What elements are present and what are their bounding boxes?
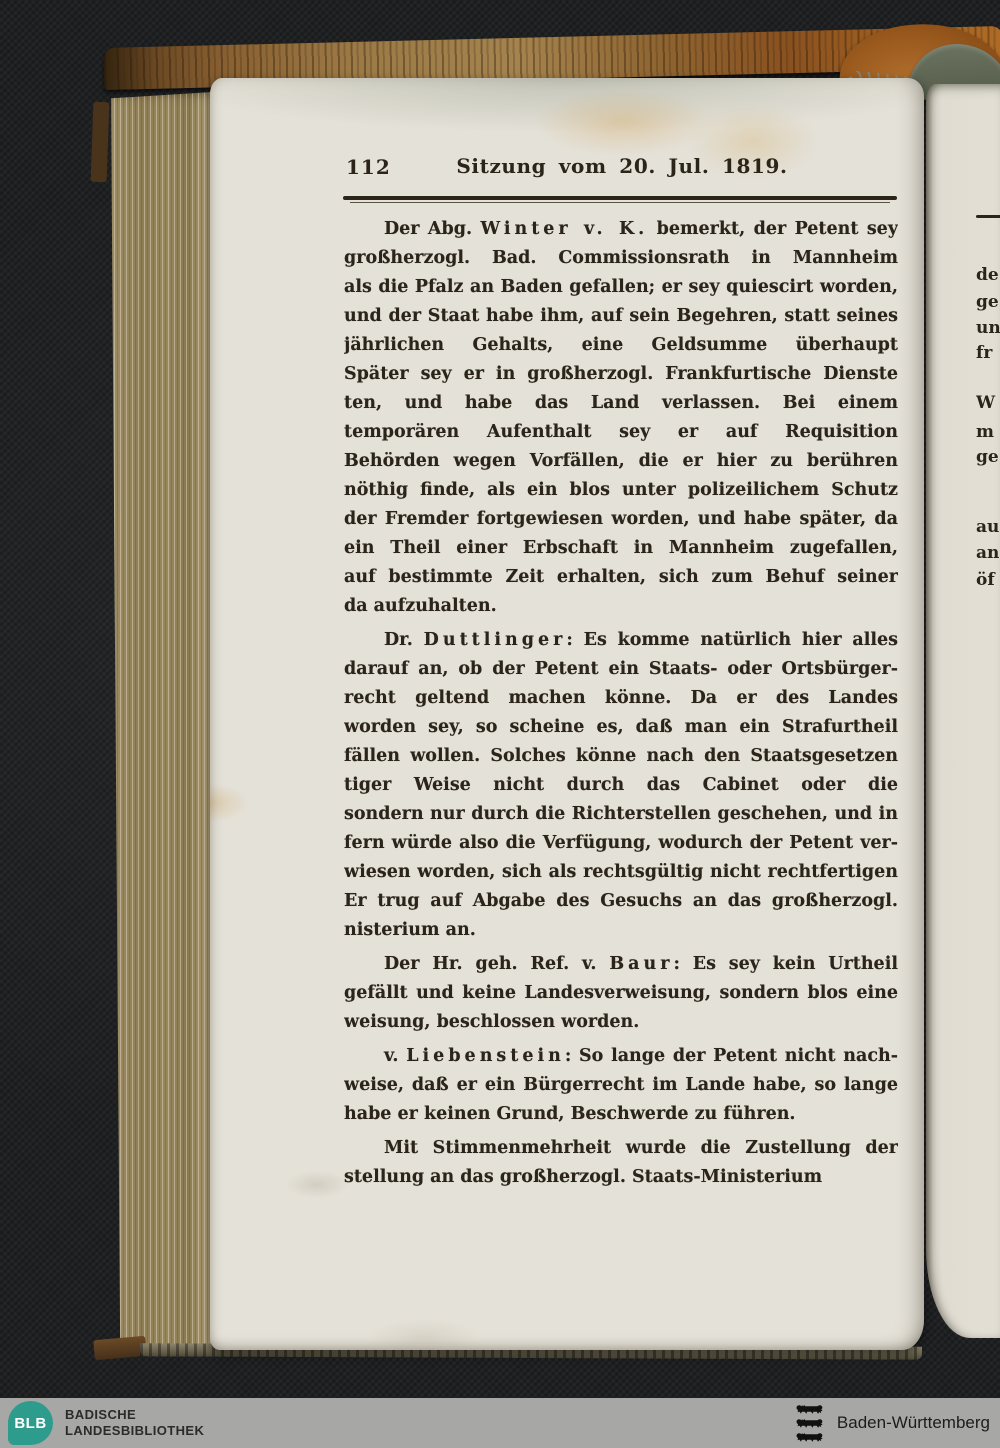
text-segment: nöthig finde, als ein blos unter polizei…: [344, 480, 898, 505]
blb-logo: BLB: [8, 1401, 53, 1445]
text-segment: ten, und habe das Land verlassen. Bei ei…: [344, 393, 898, 418]
header-rule-thin: [350, 202, 890, 203]
text-segment: Der Hr. geh. Ref. v.: [384, 954, 609, 974]
text-line: als die Pfalz an Baden gefallen; er sey …: [344, 273, 898, 302]
library-name-line1: BADISCHE: [65, 1407, 204, 1423]
text-segment: bemerkt, der Petent sey: [648, 219, 898, 239]
state-name: Baden-Württemberg: [837, 1413, 990, 1433]
text-line: Behörden wegen Vorfällen, die er hier zu…: [344, 447, 898, 476]
text-segment: auf bestimmte Zeit erhalten, sich zum Be…: [344, 567, 898, 592]
digitized-book-scan-view: degeunfrWmgeauanöf 112 Sitzung vom 20. J…: [0, 0, 1000, 1448]
facing-page-text-fragment: m: [976, 422, 1000, 442]
facing-page-text-fragment: un: [976, 318, 1000, 338]
facing-page-text-fragment: W: [976, 393, 1000, 413]
text-line: v. Liebenstein: So lange der Petent nich…: [344, 1042, 898, 1071]
facing-page-text-fragment: ge: [976, 292, 1000, 312]
text-segment: tiger Weise nicht durch das Cabinet oder…: [344, 775, 898, 800]
text-line: sondern nur durch die Richterstellen ges…: [344, 800, 898, 829]
text-line: weise, daß er ein Bürgerrecht im Lande h…: [344, 1071, 898, 1100]
text-segment: Später sey er in großherzogl. Frankfurti…: [344, 364, 898, 389]
text-line: worden sey, so scheine es, daß man ein S…: [344, 713, 898, 742]
text-segment: der Fremder fortgewiesen worden, und hab…: [344, 509, 898, 534]
text-line: weisung, beschlossen worden.: [344, 1008, 898, 1037]
text-line: und der Staat habe ihm, auf sein Begehre…: [344, 302, 898, 331]
text-segment: gefällt und keine Landesverweisung, sond…: [344, 983, 898, 1008]
facing-page-text-fragment: fr: [976, 343, 1000, 363]
baden-wuerttemberg-coat-of-arms-icon: [795, 1403, 827, 1443]
text-segment: worden sey, so scheine es, daß man ein S…: [344, 717, 898, 742]
facing-page-text-fragment: öf: [976, 570, 1000, 590]
speaker-name: Liebenstein: [406, 1046, 565, 1066]
text-segment: wiesen worden, sich als rechtsgültig nic…: [344, 862, 898, 887]
text-line: jährlichen Gehalts, eine Geldsumme überh…: [344, 331, 898, 360]
page-text-body: Der Abg. Winter v. K. bemerkt, der Peten…: [344, 215, 898, 1192]
text-segment: und der Staat habe ihm, auf sein Begehre…: [344, 306, 898, 326]
text-line: fern würde also die Verfügung, wodurch d…: [344, 829, 898, 858]
text-line: fällen wollen. Solches könne nach den St…: [344, 742, 898, 771]
facing-page: degeunfrWmgeauanöf: [926, 84, 1000, 1338]
text-segment: fern würde also die Verfügung, wodurch d…: [344, 833, 898, 853]
text-line: Der Abg. Winter v. K. bemerkt, der Peten…: [344, 215, 898, 244]
facing-page-text-fragment: de: [976, 265, 1000, 285]
book-cover-corner: [93, 1336, 147, 1360]
text-segment: Er trug auf Abgabe des Gesuchs an das gr…: [344, 891, 898, 916]
text-segment: als die Pfalz an Baden gefallen; er sey …: [344, 277, 898, 297]
text-segment: Behörden wegen Vorfällen, die er hier zu…: [344, 451, 898, 476]
text-segment: nisterium an.: [344, 920, 476, 940]
text-segment: temporären Aufenthalt sey er auf Requisi…: [344, 422, 898, 447]
text-line: großherzogl. Bad. Commissionsrath in Man…: [344, 244, 898, 273]
page-stack-fore-edge: [111, 92, 213, 1354]
text-line: wiesen worden, sich als rechtsgültig nic…: [344, 858, 898, 887]
text-line: nisterium an.: [344, 916, 898, 945]
text-line: Dr. Duttlinger: Es komme natürlich hier …: [344, 626, 898, 655]
footer-bar: BLB BADISCHE LANDESBIBLIOTHEK Baden-Würt…: [0, 1398, 1000, 1448]
facing-page-text-fragment: an: [976, 543, 1000, 563]
text-segment: darauf an, ob der Petent ein Staats- ode…: [344, 659, 898, 679]
text-segment: Mit Stimmenmehrheit wurde die Zustellung…: [344, 1138, 898, 1163]
text-line: recht geltend machen könne. Da er des La…: [344, 684, 898, 713]
header-rule: [343, 196, 897, 200]
text-line: nöthig finde, als ein blos unter polizei…: [344, 476, 898, 505]
book-page: 112 Sitzung vom 20. Jul. 1819. Der Abg. …: [210, 78, 924, 1350]
text-segment: sondern nur durch die Richterstellen ges…: [344, 804, 898, 829]
text-line: darauf an, ob der Petent ein Staats- ode…: [344, 655, 898, 684]
text-line: gefällt und keine Landesverweisung, sond…: [344, 979, 898, 1008]
text-line: tiger Weise nicht durch das Cabinet oder…: [344, 771, 898, 800]
text-segment: weisung, beschlossen worden.: [344, 1012, 639, 1032]
text-line: habe er keinen Grund, Beschwerde zu führ…: [344, 1100, 898, 1129]
speaker-name: Duttlinger: [424, 630, 567, 650]
text-segment: : Es sey kein Urtheil: [673, 954, 898, 974]
text-line: stellung an das großherzogl. Staats-Mini…: [344, 1163, 898, 1192]
text-segment: jährlichen Gehalts, eine Geldsumme überh…: [344, 335, 898, 360]
facing-page-text-fragment: au: [976, 517, 1000, 537]
text-segment: recht geltend machen könne. Da er des La…: [344, 688, 898, 713]
text-segment: ein Theil einer Erbschaft in Mannheim zu…: [344, 538, 898, 563]
text-segment: großherzogl. Bad. Commissionsrath in Man…: [344, 248, 898, 273]
book-cover-sliver: [91, 102, 110, 183]
speaker-name: Baur: [609, 954, 673, 974]
text-segment: fällen wollen. Solches könne nach den St…: [344, 746, 898, 771]
text-line: auf bestimmte Zeit erhalten, sich zum Be…: [344, 563, 898, 592]
text-line: ein Theil einer Erbschaft in Mannheim zu…: [344, 534, 898, 563]
text-segment: Dr.: [384, 630, 424, 650]
text-line: Mit Stimmenmehrheit wurde die Zustellung…: [344, 1134, 898, 1163]
text-segment: : So lange der Petent nicht nach-: [565, 1046, 898, 1066]
facing-page-rule-fragment: [976, 215, 1000, 218]
text-line: Der Hr. geh. Ref. v. Baur: Es sey kein U…: [344, 950, 898, 979]
speaker-name: Winter v. K.: [480, 219, 648, 239]
page-header-title: Sitzung vom 20. Jul. 1819.: [346, 153, 898, 179]
text-line: temporären Aufenthalt sey er auf Requisi…: [344, 418, 898, 447]
text-line: der Fremder fortgewiesen worden, und hab…: [344, 505, 898, 534]
text-segment: : Es komme natürlich hier alles: [566, 630, 898, 650]
text-segment: v.: [384, 1046, 406, 1066]
text-line: ten, und habe das Land verlassen. Bei ei…: [344, 389, 898, 418]
library-name-line2: LANDESBIBLIOTHEK: [65, 1423, 204, 1439]
text-segment: weise, daß er ein Bürgerrecht im Lande h…: [344, 1075, 898, 1095]
text-segment: Der Abg.: [384, 219, 480, 239]
library-name: BADISCHE LANDESBIBLIOTHEK: [65, 1407, 204, 1439]
text-segment: habe er keinen Grund, Beschwerde zu führ…: [344, 1104, 796, 1124]
text-line: Später sey er in großherzogl. Frankfurti…: [344, 360, 898, 389]
state-branding: Baden-Württemberg: [795, 1403, 990, 1443]
text-line: da aufzuhalten.: [344, 592, 898, 621]
text-line: Er trug auf Abgabe des Gesuchs an das gr…: [344, 887, 898, 916]
text-segment: da aufzuhalten.: [344, 596, 497, 616]
text-segment: stellung an das großherzogl. Staats-Mini…: [344, 1167, 822, 1192]
facing-page-text-fragment: ge: [976, 447, 1000, 467]
